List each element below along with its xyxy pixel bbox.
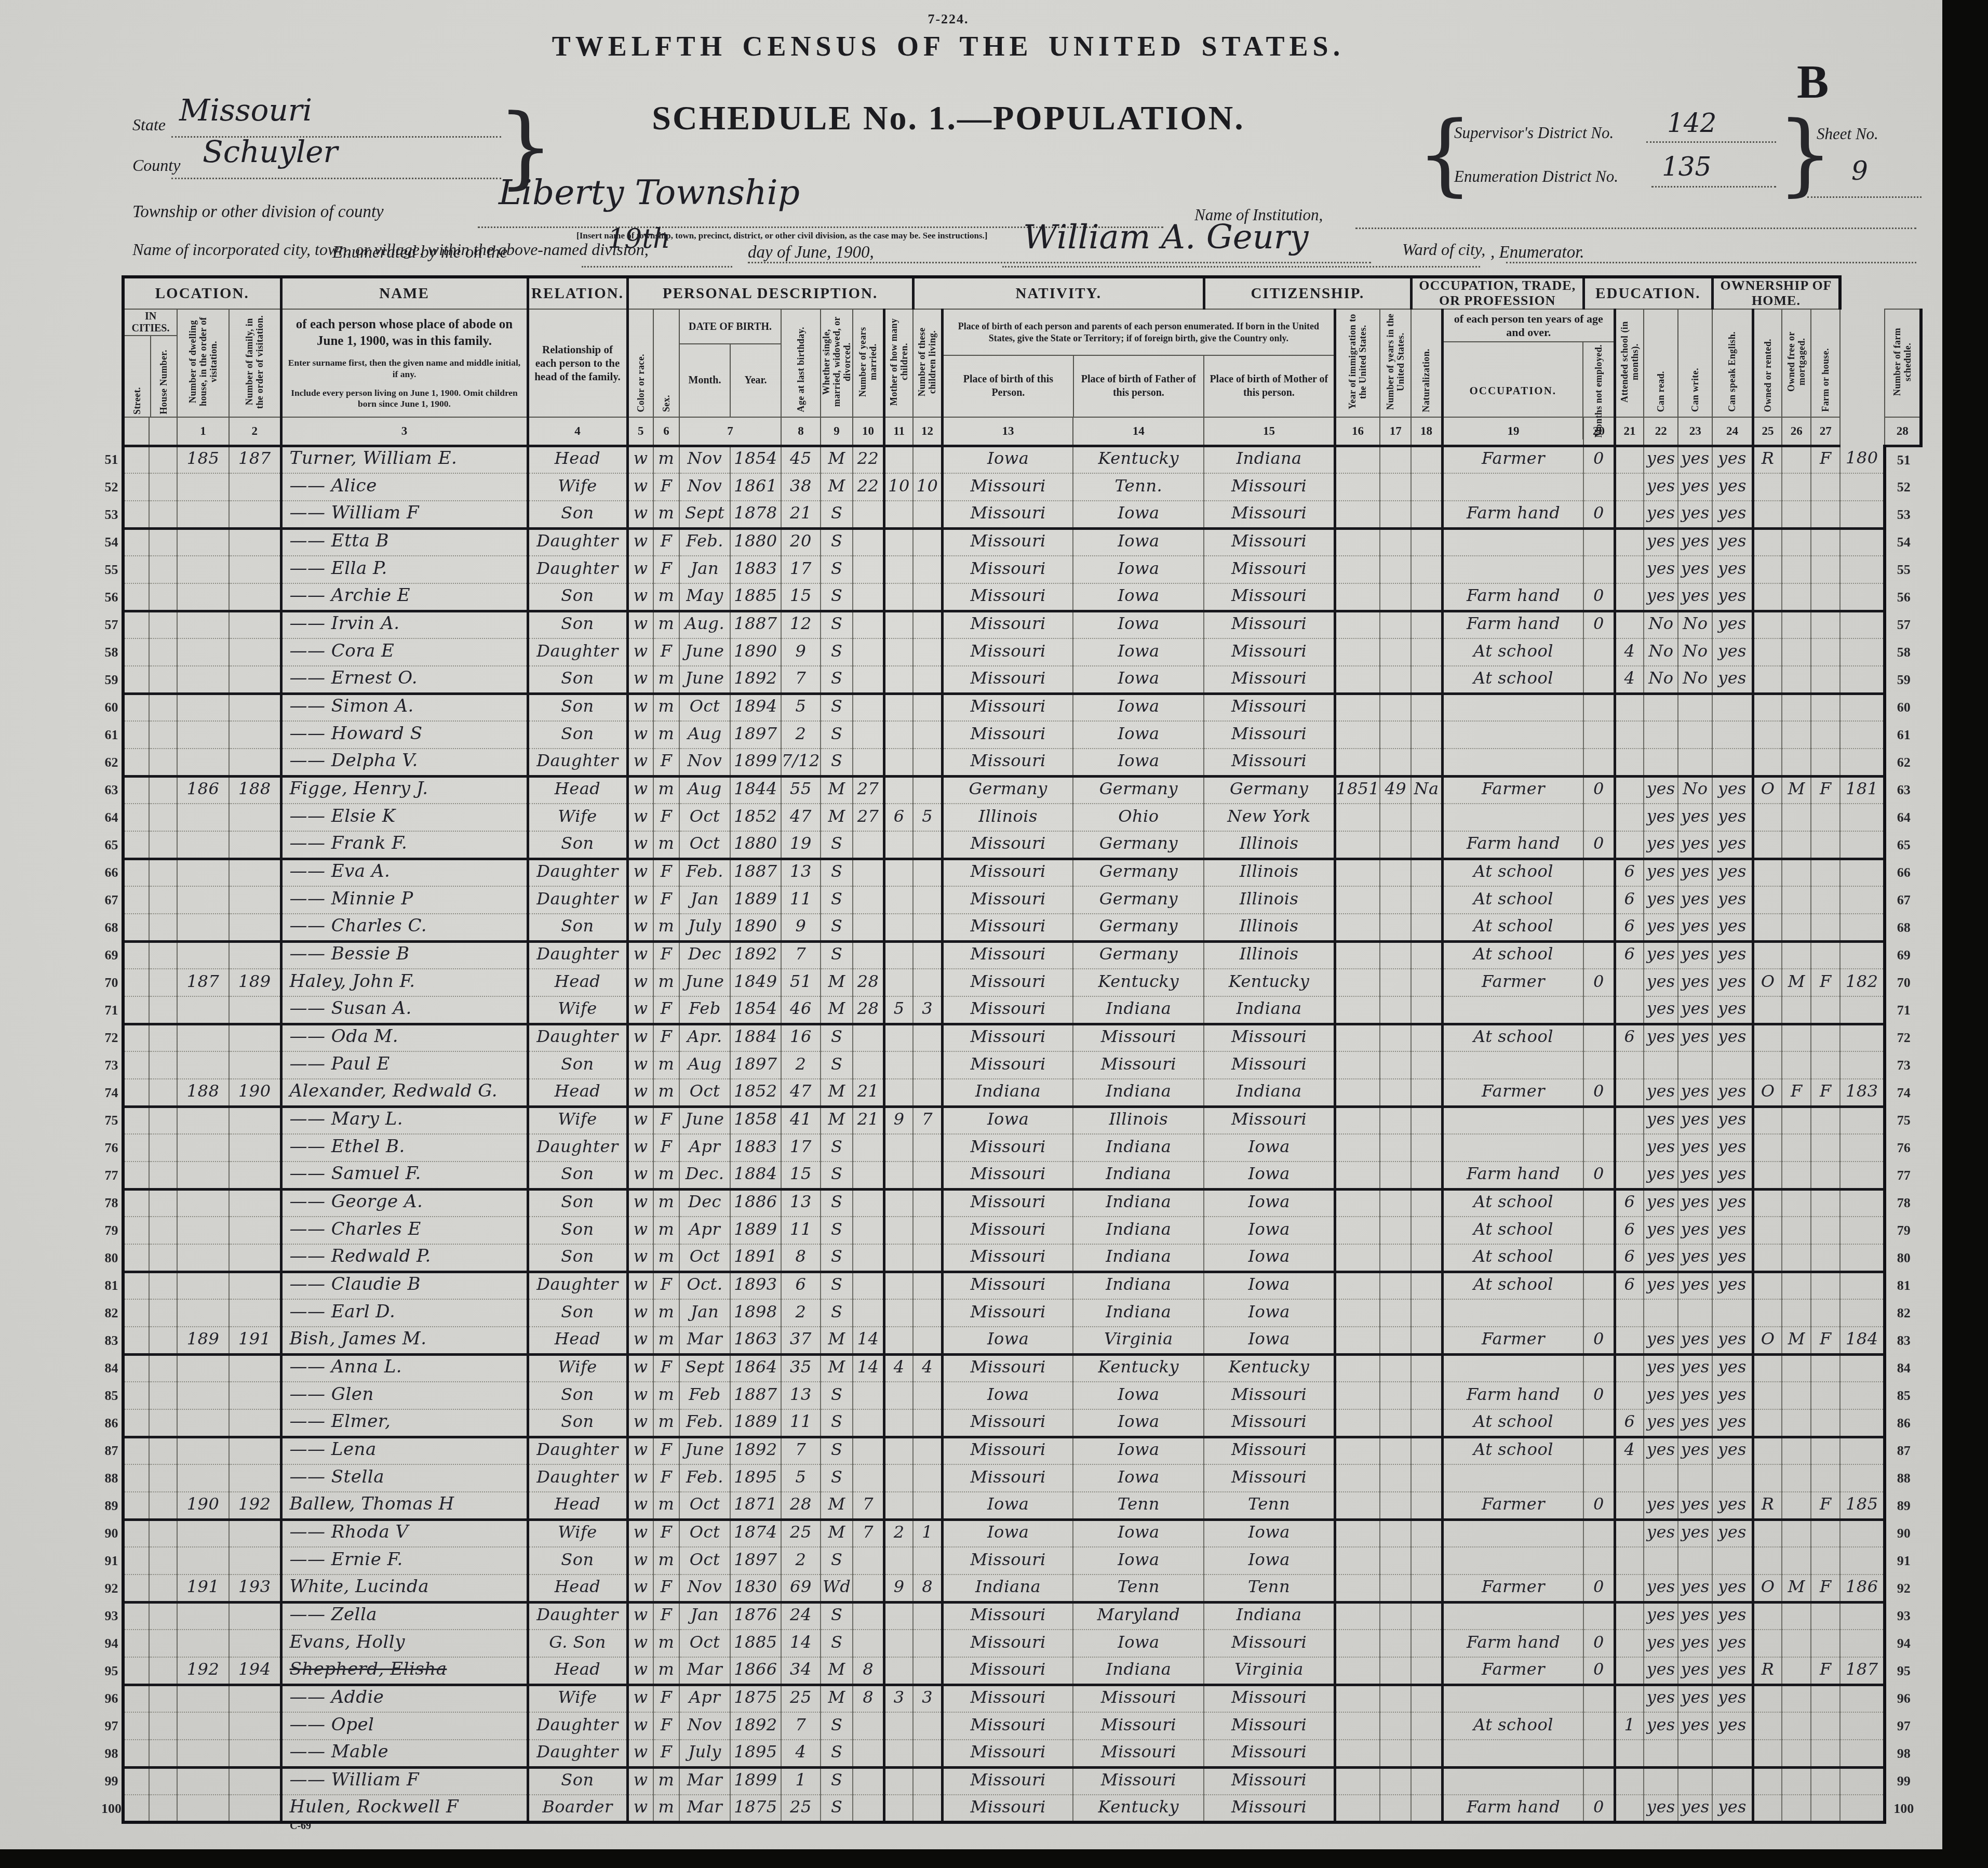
cell-pm: Missouri: [1204, 638, 1335, 666]
cell-house: [149, 831, 177, 859]
cell-fs: 184: [1840, 1327, 1885, 1354]
cell-own: [1753, 1685, 1782, 1712]
handwritten-entry: F: [1820, 779, 1832, 798]
cell-mc: 5: [884, 996, 913, 1024]
cell-yus: [1380, 1492, 1411, 1519]
state-label: State: [132, 115, 166, 135]
handwritten-entry: R: [1762, 448, 1775, 468]
cell-pf: Germany: [1073, 859, 1204, 886]
cell-nat: [1411, 611, 1442, 638]
cell-fam: [229, 1382, 281, 1409]
cell-own: [1753, 1795, 1782, 1822]
cell-name: Alexander, Redwald G.: [281, 1079, 528, 1106]
cell-fm: [1782, 1492, 1811, 1519]
handwritten-entry: Farm hand: [1467, 503, 1560, 523]
cell-mo: Aug: [679, 1051, 730, 1079]
cell-sch: [1615, 1162, 1644, 1189]
handwritten-entry: Dec: [688, 944, 721, 964]
enumerated-mid: day of June, 1900,: [748, 243, 874, 262]
cell-une: [1583, 638, 1615, 666]
handwritten-entry: Aug: [688, 724, 722, 743]
cell-mo: Nov: [679, 446, 730, 473]
cell-c: w: [627, 749, 653, 776]
handwritten-entry: 186: [187, 779, 220, 798]
cell-fh: [1811, 1712, 1840, 1740]
cell-pob: Missouri: [942, 941, 1073, 969]
handwritten-entry: Missouri: [1231, 1384, 1307, 1404]
cell-rel: Son: [528, 1547, 627, 1575]
handwritten-entry: Iowa: [1248, 1329, 1289, 1349]
cell-pob: Missouri: [942, 501, 1073, 528]
cell-nat: [1411, 1244, 1442, 1272]
cell-s: m: [653, 1657, 679, 1685]
handwritten-entry: Head: [555, 1494, 600, 1514]
cell-fam: 194: [229, 1657, 281, 1685]
handwritten-entry: M: [828, 1329, 845, 1349]
cell-street: [123, 886, 149, 914]
handwritten-entry: F: [661, 1687, 673, 1707]
sheet-no-value: 9: [1851, 156, 1868, 186]
row-number-right: 80: [1885, 1244, 1921, 1272]
cell-rel: Daughter: [528, 1712, 627, 1740]
cell-rd: yes: [1644, 914, 1678, 941]
cell-pf: Tenn: [1073, 1492, 1204, 1519]
row-number-right: 95: [1885, 1657, 1921, 1685]
handwritten-entry: F: [661, 1577, 673, 1596]
cell-occ: At school: [1442, 941, 1583, 969]
handwritten-entry: 0: [1593, 448, 1604, 468]
table-row: 86—— Elmer,SonwmFeb.188911SMissouriIowaM…: [101, 1409, 1921, 1437]
handwritten-entry: Head: [555, 1577, 600, 1596]
handwritten-entry: Iowa: [1248, 1274, 1289, 1294]
cell-pm: Iowa: [1204, 1217, 1335, 1244]
handwritten-entry: 38: [790, 476, 812, 496]
handwritten-entry: Feb.: [686, 1467, 723, 1487]
cell-en: yes: [1712, 1106, 1753, 1134]
row-number-left: 57: [101, 611, 123, 638]
cell-name: —— Bessie B: [281, 941, 528, 969]
handwritten-entry: Nov: [688, 1577, 722, 1596]
cell-pf: Germany: [1073, 831, 1204, 859]
cell-fh: [1811, 1272, 1840, 1299]
cell-wr: yes: [1678, 501, 1712, 528]
cell-fm: [1782, 556, 1811, 583]
handwritten-entry: 1885: [734, 585, 777, 605]
cell-sch: [1615, 446, 1644, 473]
cell-name: —— Howard S: [281, 721, 528, 749]
handwritten-entry: Turner, William E.: [290, 448, 458, 469]
cell-street: [123, 1382, 149, 1409]
cell-yr: 1887: [730, 611, 781, 638]
handwritten-entry: Illinois: [1109, 1109, 1168, 1129]
cell-name: Figge, Henry J.: [281, 776, 528, 804]
row-number-left: 62: [101, 749, 123, 776]
cell-mar: S: [821, 941, 853, 969]
cell-house: [149, 776, 177, 804]
cell-rd: yes: [1644, 528, 1678, 556]
cell-occ: At school: [1442, 1272, 1583, 1299]
cell-yr: 1854: [730, 996, 781, 1024]
cell-wr: [1678, 1547, 1712, 1575]
cell-pob: Missouri: [942, 1217, 1073, 1244]
cell-fs: [1840, 1795, 1885, 1822]
cell-age: 2: [781, 1547, 821, 1575]
cell-fm: [1782, 1134, 1811, 1162]
cell-rd: yes: [1644, 1162, 1678, 1189]
handwritten-entry: Farmer: [1482, 779, 1545, 798]
cell-mc: [884, 1244, 913, 1272]
handwritten-entry: w: [634, 1384, 648, 1404]
cell-imm: [1335, 1189, 1380, 1217]
cell-house: [149, 721, 177, 749]
handwritten-entry: Missouri: [970, 696, 1045, 716]
handwritten-entry: Head: [555, 1081, 600, 1101]
cell-s: m: [653, 446, 679, 473]
cell-wr: yes: [1678, 528, 1712, 556]
cell-street: [123, 749, 149, 776]
cell-yr: 1889: [730, 886, 781, 914]
cell-cl: 3: [913, 1685, 942, 1712]
cell-mar: S: [821, 1024, 853, 1051]
cell-dw: [177, 1244, 229, 1272]
cell-en: yes: [1712, 1244, 1753, 1272]
handwritten-entry: 188: [238, 779, 271, 798]
handwritten-entry: 1849: [734, 971, 777, 991]
cell-une: 0: [1583, 1382, 1615, 1409]
cell-en: yes: [1712, 804, 1753, 831]
handwritten-entry: 0: [1593, 1797, 1604, 1817]
cell-mc: [884, 859, 913, 886]
handwritten-entry: 1854: [734, 998, 777, 1018]
handwritten-entry: yes: [1647, 1192, 1675, 1211]
handwritten-entry: O: [1761, 1329, 1775, 1349]
cell-cl: [913, 721, 942, 749]
cell-house: [149, 996, 177, 1024]
handwritten-entry: Missouri: [1101, 1770, 1176, 1790]
cell-nat: [1411, 1519, 1442, 1547]
cell-yr: 1890: [730, 638, 781, 666]
institution-line: [1355, 228, 1916, 229]
cell-pm: Illinois: [1204, 941, 1335, 969]
handwritten-entry: Missouri: [970, 585, 1045, 605]
cell-c: w: [627, 1492, 653, 1519]
cell-own: [1753, 1272, 1782, 1299]
form-number: 7-224.: [0, 11, 1897, 27]
cell-house: [149, 804, 177, 831]
handwritten-entry: Missouri: [1231, 1632, 1307, 1652]
cell-s: F: [653, 1712, 679, 1740]
cell-mo: Aug.: [679, 611, 730, 638]
handwritten-entry: yes: [1681, 448, 1710, 468]
sheet-no-line: [1807, 196, 1922, 198]
handwritten-entry: —— Claudie B: [290, 1274, 421, 1295]
cell-ym: 21: [853, 1106, 884, 1134]
handwritten-entry: Oct: [690, 696, 720, 716]
cell-name: —— Simon A.: [281, 693, 528, 721]
handwritten-entry: 24: [790, 1605, 812, 1624]
handwritten-entry: Daughter: [536, 1715, 619, 1734]
cell-pf: Iowa: [1073, 1547, 1204, 1575]
cell-imm: [1335, 1106, 1380, 1134]
handwritten-entry: M: [828, 971, 845, 991]
handwritten-entry: Missouri: [970, 1219, 1045, 1239]
cell-cl: [913, 859, 942, 886]
cell-dw: [177, 473, 229, 501]
cell-street: [123, 1134, 149, 1162]
cell-fh: [1811, 749, 1840, 776]
cell-dw: 189: [177, 1327, 229, 1354]
cell-fm: [1782, 501, 1811, 528]
cell-cl: [913, 914, 942, 941]
handwritten-entry: Missouri: [1231, 476, 1307, 496]
handwritten-entry: —— Howard S: [290, 723, 423, 744]
handwritten-entry: Iowa: [1118, 1550, 1159, 1569]
cell-ym: 8: [853, 1685, 884, 1712]
cell-house: [149, 1024, 177, 1051]
cell-mar: S: [821, 914, 853, 941]
handwritten-entry: yes: [1681, 861, 1710, 881]
cell-dw: 191: [177, 1575, 229, 1602]
cell-house: [149, 1492, 177, 1519]
handwritten-entry: 1863: [734, 1329, 777, 1349]
handwritten-entry: m: [659, 971, 675, 991]
cell-mc: [884, 1134, 913, 1162]
handwritten-entry: Farmer: [1482, 1494, 1545, 1514]
cell-rel: Son: [528, 1051, 627, 1079]
handwritten-entry: 5: [894, 998, 905, 1018]
cell-mo: June: [679, 638, 730, 666]
cell-name: Ballew, Thomas H: [281, 1492, 528, 1519]
cell-pob: Missouri: [942, 1244, 1073, 1272]
handwritten-entry: Nov: [688, 751, 722, 770]
cell-ym: 7: [853, 1492, 884, 1519]
cell-yr: 1871: [730, 1492, 781, 1519]
cell-en: yes: [1712, 666, 1753, 693]
cell-mo: Jan: [679, 886, 730, 914]
cell-age: 1: [781, 1767, 821, 1795]
cell-pf: Iowa: [1073, 1409, 1204, 1437]
cell-en: yes: [1712, 501, 1753, 528]
cell-yus: [1380, 583, 1411, 611]
cell-une: [1583, 556, 1615, 583]
cell-occ: At school: [1442, 1409, 1583, 1437]
handwritten-entry: yes: [1718, 641, 1747, 661]
handwritten-entry: Missouri: [1231, 1439, 1307, 1459]
handwritten-entry: O: [1761, 1081, 1775, 1101]
handwritten-entry: Daughter: [536, 861, 619, 881]
cell-house: [149, 1409, 177, 1437]
header-naturalization: Naturalization.: [1411, 309, 1442, 417]
handwritten-entry: Daughter: [536, 1742, 619, 1762]
cell-wr: No: [1678, 776, 1712, 804]
handwritten-entry: Oct: [690, 1550, 720, 1569]
cell-fam: [229, 996, 281, 1024]
scan-black-edge-bottom: [0, 1849, 1988, 1868]
cell-fm: M: [1782, 969, 1811, 996]
cell-pf: Indiana: [1073, 996, 1204, 1024]
cell-nat: [1411, 1079, 1442, 1106]
cell-en: yes: [1712, 1657, 1753, 1685]
handwritten-entry: —— Mable: [290, 1741, 389, 1762]
cell-dw: [177, 1051, 229, 1079]
scanned-census-page: { "form": { "form_number": "7-224.", "ti…: [0, 0, 1988, 1868]
cell-s: m: [653, 776, 679, 804]
cell-rd: yes: [1644, 1024, 1678, 1051]
handwritten-entry: w: [634, 998, 648, 1018]
cell-pm: Missouri: [1204, 1712, 1335, 1740]
cell-imm: [1335, 941, 1380, 969]
cell-imm: [1335, 1712, 1380, 1740]
row-number-right: 59: [1885, 666, 1921, 693]
cell-mc: [884, 1712, 913, 1740]
cell-fam: [229, 1106, 281, 1134]
cell-fs: [1840, 831, 1885, 859]
cell-rel: Daughter: [528, 886, 627, 914]
table-row: 57—— Irvin A.SonwmAug.188712SMissouriIow…: [101, 611, 1921, 638]
handwritten-entry: Missouri: [970, 1632, 1045, 1652]
handwritten-entry: 35: [790, 1357, 812, 1377]
cell-name: Shepherd, Elisha: [281, 1657, 528, 1685]
cell-street: [123, 1767, 149, 1795]
cell-name: White, Lucinda: [281, 1575, 528, 1602]
cell-house: [149, 859, 177, 886]
cell-rd: yes: [1644, 1079, 1678, 1106]
handwritten-entry: Daughter: [536, 558, 619, 578]
handwritten-entry: 21: [857, 1081, 879, 1101]
cell-wr: yes: [1678, 1189, 1712, 1217]
cell-rel: Son: [528, 611, 627, 638]
handwritten-entry: yes: [1647, 1109, 1675, 1129]
cell-age: 16: [781, 1024, 821, 1051]
cell-en: yes: [1712, 1162, 1753, 1189]
cell-occ: [1442, 996, 1583, 1024]
cell-imm: [1335, 1024, 1380, 1051]
cell-imm: [1335, 1051, 1380, 1079]
cell-fam: [229, 831, 281, 859]
cell-wr: yes: [1678, 941, 1712, 969]
cell-nat: [1411, 1630, 1442, 1657]
table-row: 74188190Alexander, Redwald G.HeadwmOct18…: [101, 1079, 1921, 1106]
handwritten-entry: —— Delpha V.: [290, 750, 418, 771]
handwritten-entry: yes: [1647, 998, 1675, 1018]
handwritten-entry: w: [634, 1081, 648, 1101]
cell-mo: Mar: [679, 1327, 730, 1354]
handwritten-entry: yes: [1681, 1384, 1710, 1404]
handwritten-entry: yes: [1681, 1246, 1710, 1266]
handwritten-entry: 1871: [734, 1494, 777, 1514]
handwritten-entry: M: [828, 1659, 845, 1679]
cell-own: [1753, 1437, 1782, 1464]
handwritten-entry: Missouri: [1231, 1109, 1307, 1129]
handwritten-entry: w: [634, 1687, 648, 1707]
cell-fm: [1782, 996, 1811, 1024]
cell-une: 0: [1583, 1575, 1615, 1602]
handwritten-entry: S: [831, 751, 842, 770]
cell-fs: [1840, 473, 1885, 501]
cell-pf: Indiana: [1073, 1134, 1204, 1162]
cell-occ: [1442, 556, 1583, 583]
cell-wr: yes: [1678, 1327, 1712, 1354]
handwritten-entry: R: [1762, 1494, 1775, 1514]
cell-pf: Iowa: [1073, 1519, 1204, 1547]
cell-fm: [1782, 1024, 1811, 1051]
cell-occ: [1442, 693, 1583, 721]
handwritten-entry: —— Elsie K: [290, 806, 396, 826]
handwritten-entry: Oct: [690, 1246, 720, 1266]
cell-une: 0: [1583, 611, 1615, 638]
cell-fam: [229, 583, 281, 611]
cell-pob: Missouri: [942, 611, 1073, 638]
handwritten-entry: w: [634, 613, 648, 633]
cell-yus: [1380, 1024, 1411, 1051]
cell-nat: [1411, 1767, 1442, 1795]
cell-s: F: [653, 1272, 679, 1299]
cell-mar: S: [821, 1712, 853, 1740]
cell-en: yes: [1712, 446, 1753, 473]
cell-dw: [177, 693, 229, 721]
cell-fm: [1782, 941, 1811, 969]
cell-c: w: [627, 1134, 653, 1162]
table-row: 81—— Claudie BDaughterwFOct.18936SMissou…: [101, 1272, 1921, 1299]
header-mother-of: Mother of how many children.: [884, 309, 913, 417]
table-row: 89190192Ballew, Thomas HHeadwmOct187128M…: [101, 1492, 1921, 1519]
handwritten-entry: w: [634, 724, 648, 743]
handwritten-entry: At school: [1473, 668, 1553, 688]
handwritten-entry: S: [831, 1274, 842, 1294]
cell-rd: yes: [1644, 473, 1678, 501]
cell-fs: [1840, 914, 1885, 941]
cell-sch: 4: [1615, 666, 1644, 693]
cell-mc: [884, 583, 913, 611]
cell-mc: 3: [884, 1685, 913, 1712]
handwritten-entry: Iowa: [1118, 613, 1159, 633]
group-ownership: OWNERSHIP OF HOME.: [1712, 277, 1840, 309]
row-number-left: 97: [101, 1712, 123, 1740]
cell-occ: [1442, 1602, 1583, 1630]
cell-yr: 1887: [730, 859, 781, 886]
cell-yr: 1884: [730, 1162, 781, 1189]
cell-name: —— Etta B: [281, 528, 528, 556]
cell-cl: [913, 611, 942, 638]
cell-nat: [1411, 1382, 1442, 1409]
handwritten-entry: yes: [1647, 1632, 1675, 1652]
handwritten-entry: yes: [1718, 1632, 1747, 1652]
cell-fh: [1811, 1299, 1840, 1327]
handwritten-entry: yes: [1647, 1439, 1675, 1459]
cell-age: 35: [781, 1354, 821, 1382]
cell-own: [1753, 611, 1782, 638]
handwritten-entry: Missouri: [970, 641, 1045, 661]
cell-fam: [229, 693, 281, 721]
handwritten-entry: 3: [922, 998, 933, 1018]
header-can-speak: Can speak English.: [1712, 309, 1753, 417]
row-number-right: 78: [1885, 1189, 1921, 1217]
handwritten-entry: m: [659, 1797, 675, 1817]
handwritten-entry: Missouri: [970, 613, 1045, 633]
cell-pob: Missouri: [942, 1740, 1073, 1767]
cell-mar: M: [821, 1327, 853, 1354]
cell-age: 5: [781, 1464, 821, 1492]
handwritten-entry: Missouri: [970, 1687, 1045, 1707]
cell-wr: yes: [1678, 473, 1712, 501]
cell-yus: [1380, 1382, 1411, 1409]
cell-sch: 4: [1615, 638, 1644, 666]
handwritten-entry: Missouri: [1231, 724, 1307, 743]
cell-rd: yes: [1644, 1575, 1678, 1602]
handwritten-entry: Iowa: [1118, 668, 1159, 688]
row-number-right: 73: [1885, 1051, 1921, 1079]
cell-cl: [913, 1382, 942, 1409]
